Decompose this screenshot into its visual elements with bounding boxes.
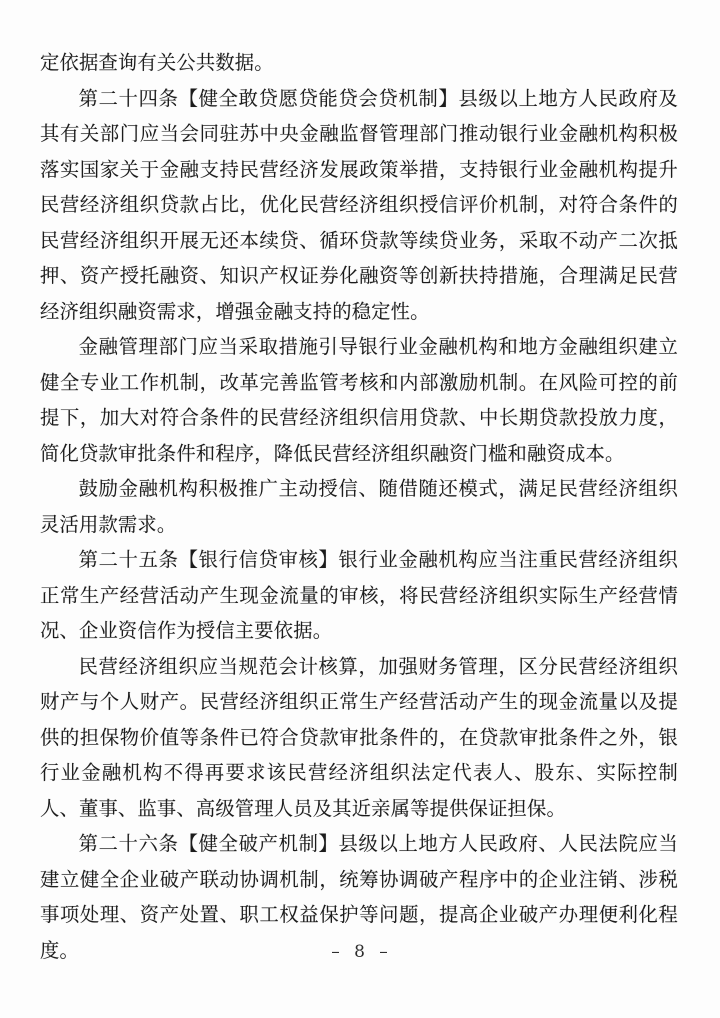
paragraph-continuation: 定依据查询有关公共数据。 [40,46,678,82]
paragraph-article-24-clause-2: 金融管理部门应当采取措施引导银行业金融机构和地方金融组织建立健全专业工作机制，改… [40,330,678,472]
document-page: 定依据查询有关公共数据。 第二十四条【健全敢贷愿贷能贷会贷机制】县级以上地方人民… [0,0,720,1018]
paragraph-article-24: 第二十四条【健全敢贷愿贷能贷会贷机制】县级以上地方人民政府及其有关部门应当会同驻… [40,82,678,331]
document-body: 定依据查询有关公共数据。 第二十四条【健全敢贷愿贷能贷会贷机制】县级以上地方人民… [0,0,720,969]
paragraph-article-25-clause-2: 民营经济组织应当规范会计核算，加强财务管理，区分民营经济组织财产与个人财产。民营… [40,650,678,828]
paragraph-article-25: 第二十五条【银行信贷审核】银行业金融机构应当注重民营经济组织正常生产经营活动产生… [40,543,678,650]
page-number: – 8 – [331,942,389,962]
paragraph-article-24-clause-3: 鼓励金融机构积极推广主动授信、随借随还模式，满足民营经济组织灵活用款需求。 [40,472,678,543]
page-footer: – 8 – [0,942,720,962]
